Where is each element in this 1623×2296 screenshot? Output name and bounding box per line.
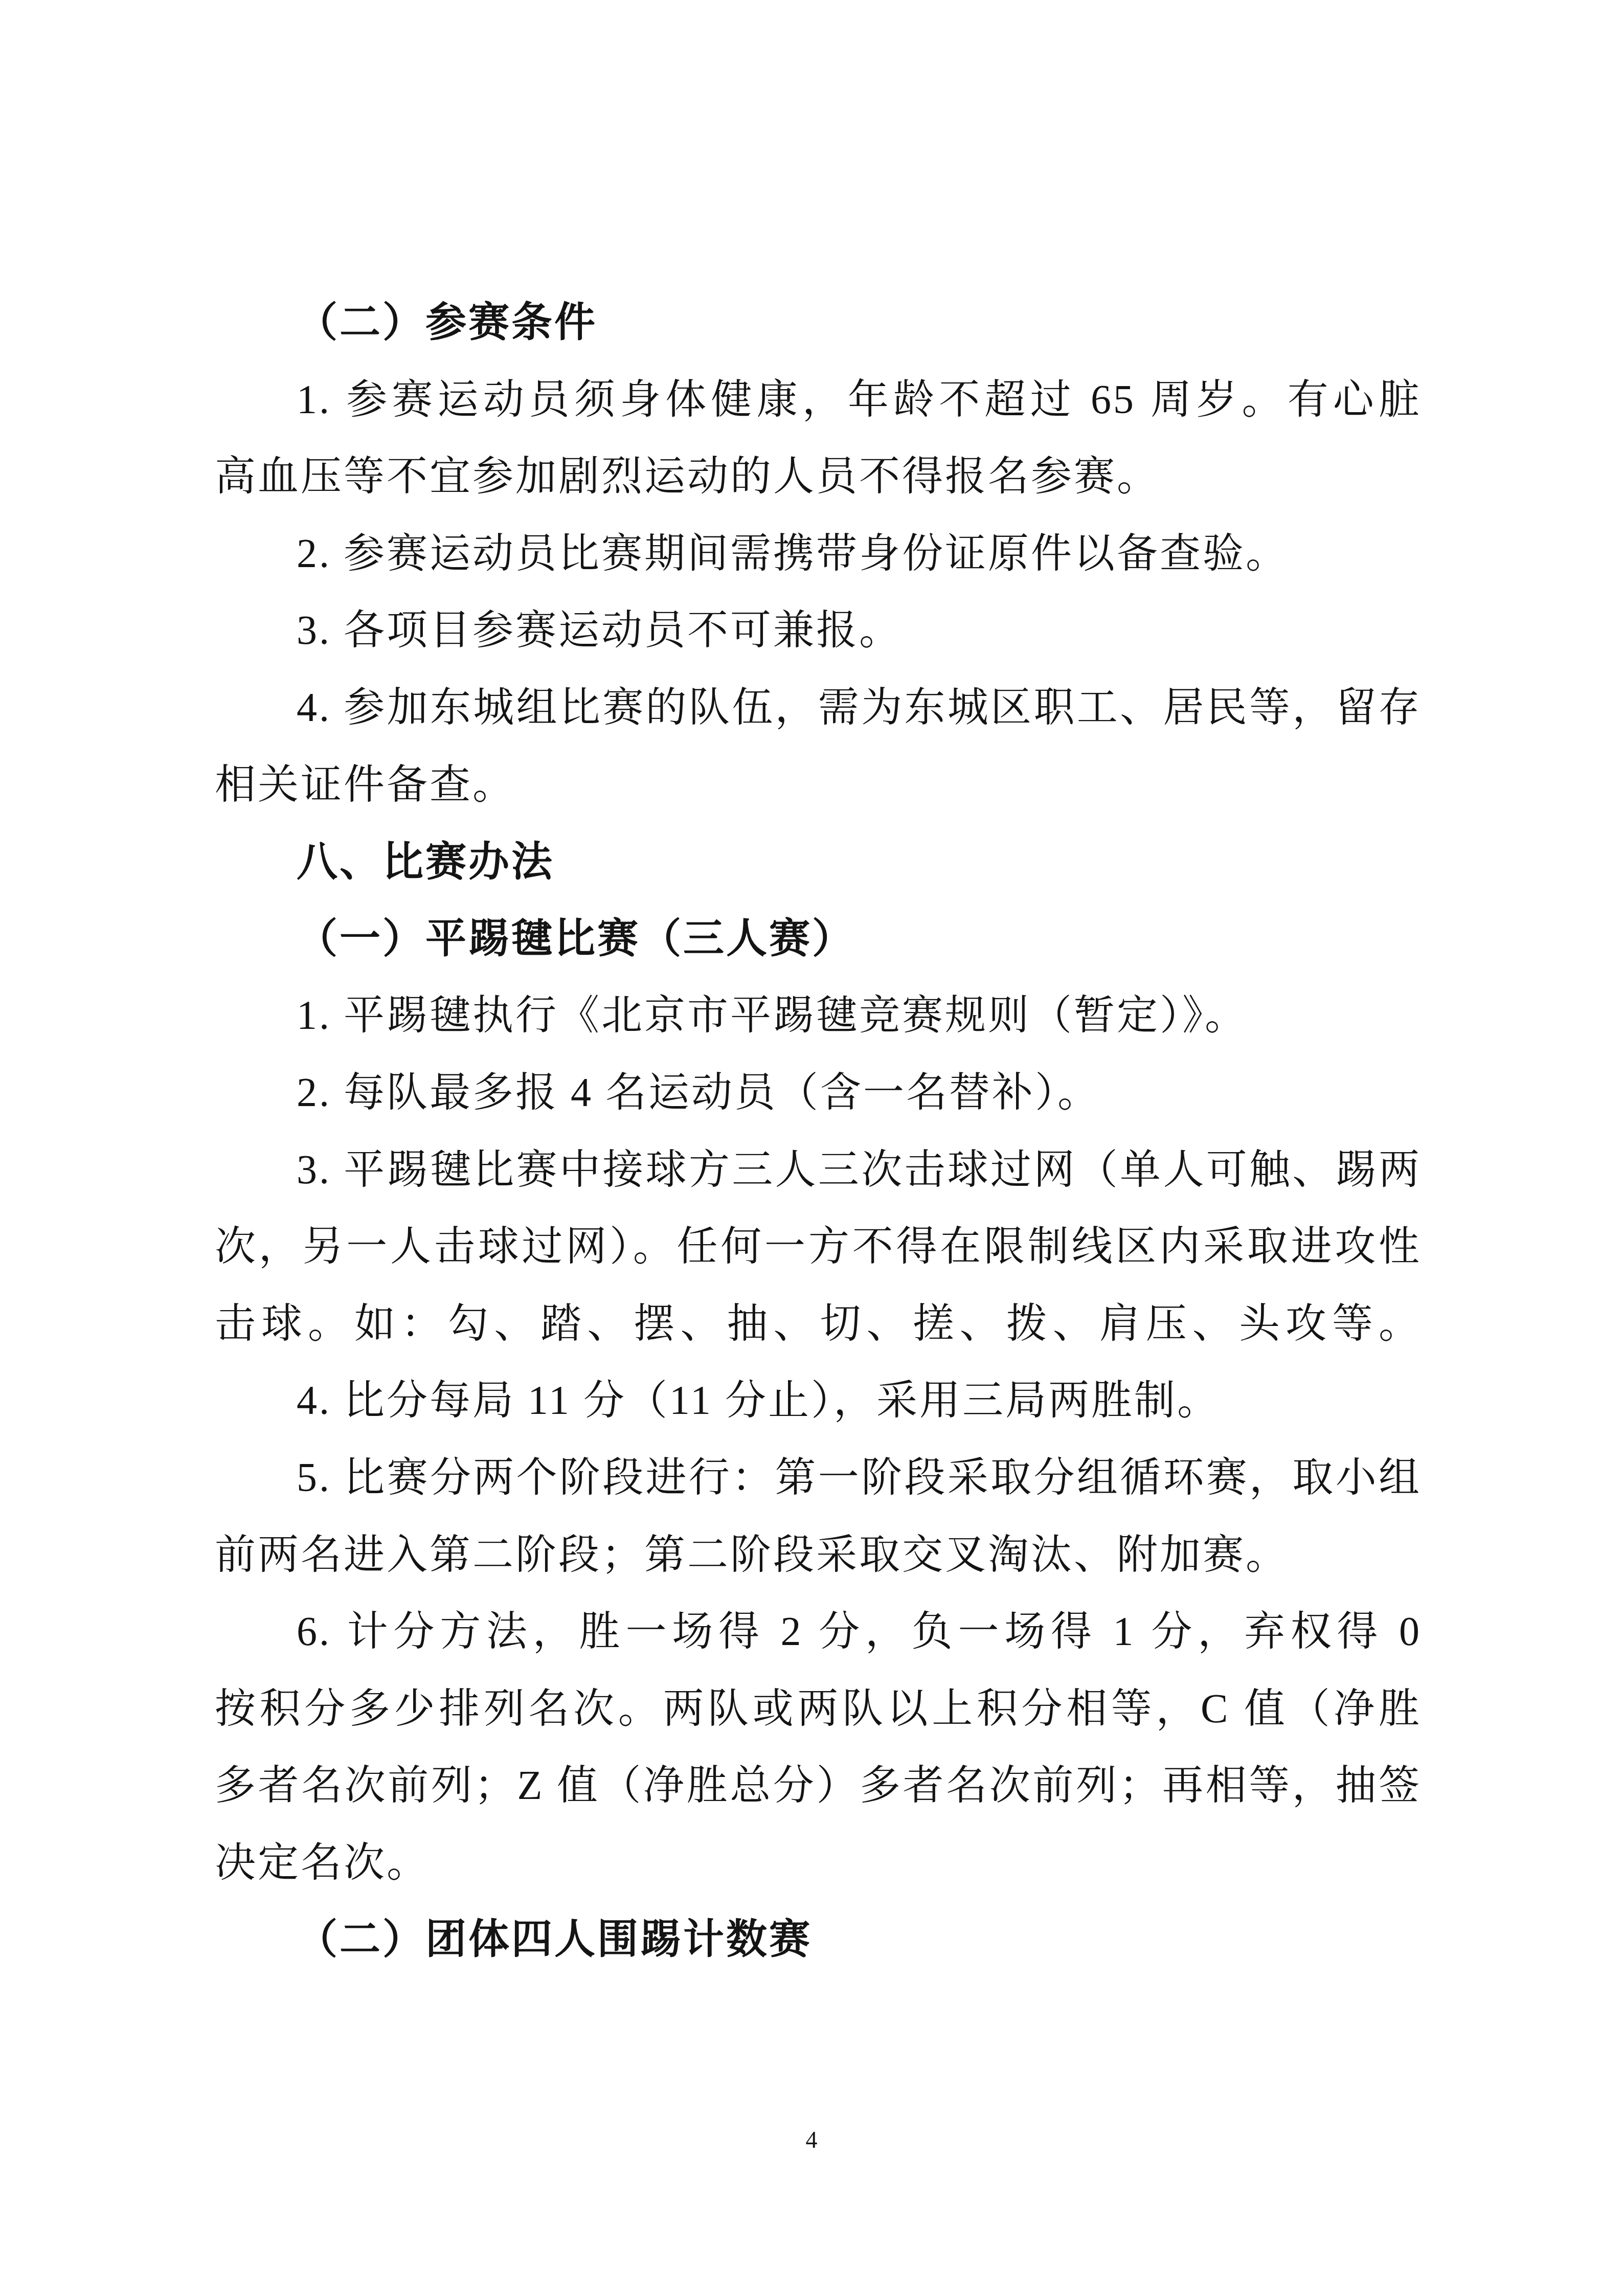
heading-line: （一）平踢毽比赛（三人赛） [215, 901, 1422, 978]
text-line: 前两名进入第二阶段；第二阶段采取交叉淘汰、附加赛。 [215, 1517, 1422, 1594]
text-line: 5. 比赛分两个阶段进行：第一阶段采取分组循环赛，取小组 [215, 1439, 1422, 1517]
text-line: 4. 比分每局 11 分（11 分止），采用三局两胜制。 [215, 1362, 1422, 1439]
text-line: 4. 参加东城组比赛的队伍，需为东城区职工、居民等，留存 [215, 669, 1422, 747]
text-line: 击球。如：勾、踏、摆、抽、切、搓、拨、肩压、头攻等。 [215, 1286, 1422, 1363]
text-line: 2. 每队最多报 4 名运动员（含一名替补）。 [215, 1054, 1422, 1132]
text-line: 3. 平踢毽比赛中接球方三人三次击球过网（单人可触、踢两 [215, 1132, 1422, 1209]
text-line: 次，另一人击球过网）。任何一方不得在限制线区内采取进攻性 [215, 1208, 1422, 1286]
text-line: 多者名次前列；Z 值（净胜总分）多者名次前列；再相等，抽签 [215, 1747, 1422, 1825]
text-line: 按积分多少排列名次。两队或两队以上积分相等，C 值（净胜局） [215, 1671, 1422, 1748]
page-number: 4 [806, 2127, 818, 2153]
heading-line: （二）参赛条件 [215, 284, 1422, 362]
heading-line: （二）团体四人围踢计数赛 [215, 1901, 1422, 1978]
document-page: （二）参赛条件1. 参赛运动员须身体健康，年龄不超过 65 周岁。有心脏病、高血… [0, 0, 1623, 2296]
page-footer: 4 [0, 2126, 1623, 2153]
document-body: （二）参赛条件1. 参赛运动员须身体健康，年龄不超过 65 周岁。有心脏病、高血… [215, 284, 1422, 1978]
text-line: 1. 平踢毽执行《北京市平踢毽竞赛规则（暂定）》。 [215, 977, 1422, 1054]
text-line: 决定名次。 [215, 1825, 1422, 1902]
text-line: 相关证件备查。 [215, 747, 1422, 824]
text-line: 1. 参赛运动员须身体健康，年龄不超过 65 周岁。有心脏病、 [215, 362, 1422, 439]
text-line: 6. 计分方法，胜一场得 2 分，负一场得 1 分，弃权得 0 分。 [215, 1593, 1422, 1671]
text-line: 高血压等不宜参加剧烈运动的人员不得报名参赛。 [215, 438, 1422, 515]
text-line: 3. 各项目参赛运动员不可兼报。 [215, 592, 1422, 669]
text-line: 2. 参赛运动员比赛期间需携带身份证原件以备查验。 [215, 515, 1422, 593]
heading-line: 八、比赛办法 [215, 823, 1422, 901]
